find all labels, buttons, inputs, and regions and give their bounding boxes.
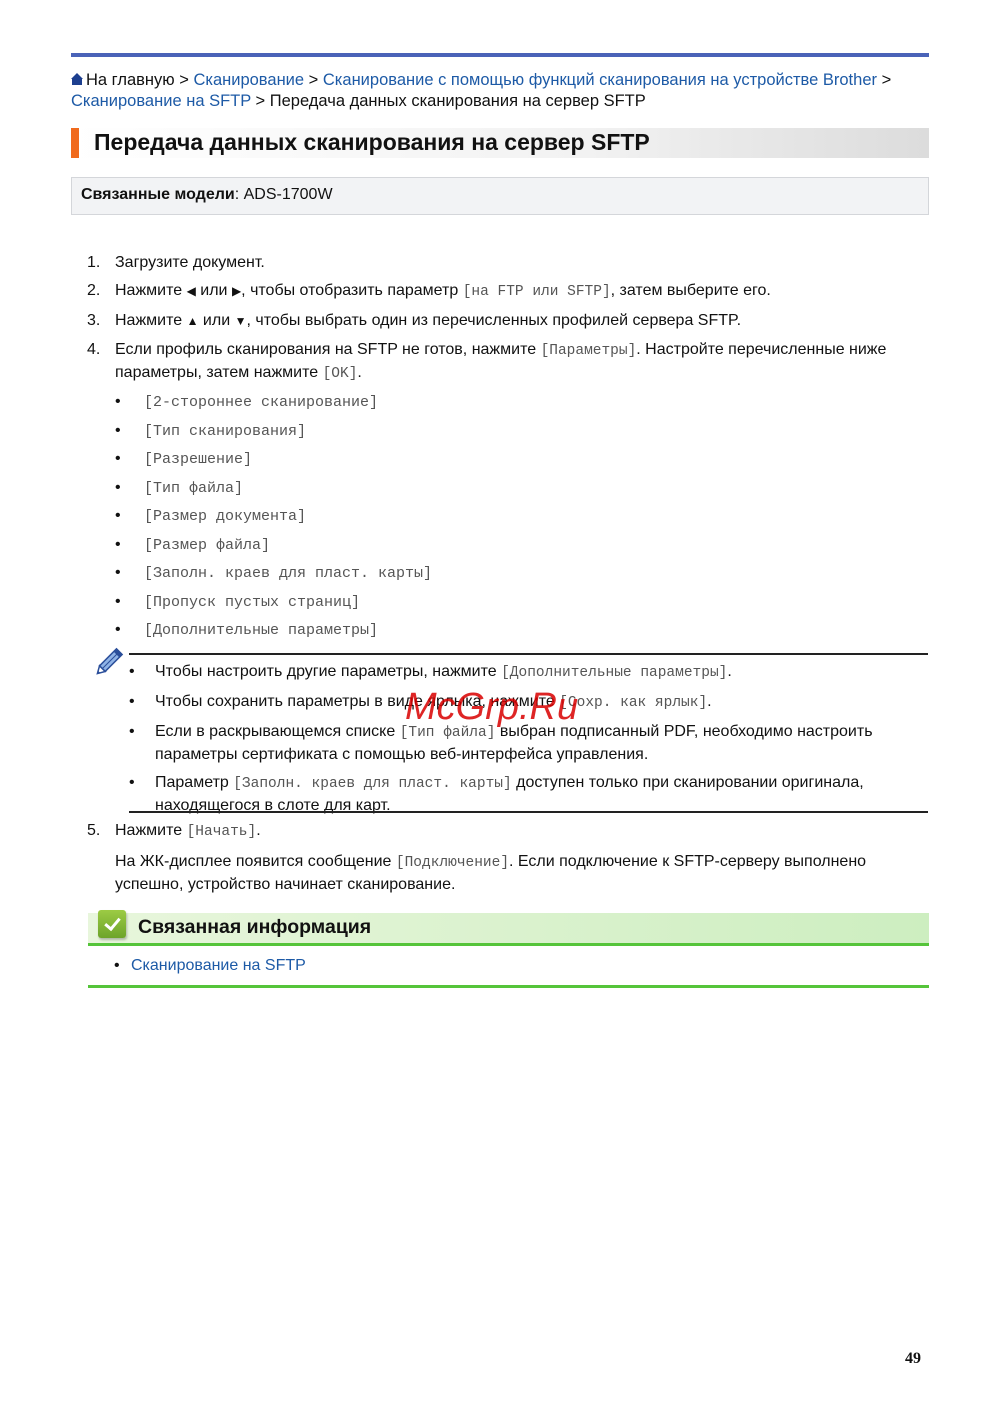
arrow-right-icon: ▶ xyxy=(232,284,241,298)
breadcrumb-current: Передача данных сканирования на сервер S… xyxy=(270,92,646,110)
setting-item: •[Разрешение] xyxy=(115,448,927,477)
bullet: • xyxy=(115,505,121,526)
step-text: Нажмите xyxy=(115,282,187,299)
step-2: 2. Нажмите ◀ или ▶, чтобы отобразить пар… xyxy=(87,280,927,303)
step-text: , чтобы отобразить параметр xyxy=(241,282,463,299)
step-4: 4. Если профиль сканирования на SFTP не … xyxy=(87,339,927,648)
note-bottom-rule xyxy=(129,811,928,813)
step-text: На ЖК-дисплее появится сообщение xyxy=(115,853,396,870)
lcd-option: [Тип файла] xyxy=(400,725,496,741)
note-text: . xyxy=(707,693,711,710)
lcd-option: [Начать] xyxy=(187,824,257,840)
step-text: , чтобы выбрать один из перечисленных пр… xyxy=(246,312,741,329)
note-item: •Если в раскрывающемся списке [Тип файла… xyxy=(129,721,929,765)
step-number: 4. xyxy=(87,339,100,360)
breadcrumb-scanning[interactable]: Сканирование xyxy=(193,71,304,89)
step-number: 3. xyxy=(87,310,100,331)
note-item: •Чтобы настроить другие параметры, нажми… xyxy=(129,661,929,684)
home-icon xyxy=(71,73,83,85)
bullet: • xyxy=(115,619,121,640)
lcd-option: [Сохр. как ярлык] xyxy=(559,695,707,711)
step-1: 1. Загрузите документ. xyxy=(87,252,927,273)
setting-label: [Дополнительные параметры] xyxy=(144,622,378,639)
top-rule xyxy=(71,53,929,57)
related-info-rule xyxy=(88,985,929,988)
bullet: • xyxy=(115,420,121,441)
lcd-option: [Дополнительные параметры] xyxy=(501,665,727,681)
note-text: Если в раскрывающемся списке xyxy=(155,723,400,740)
bullet: • xyxy=(129,772,135,793)
related-models-value: : ADS-1700W xyxy=(235,186,333,203)
step-number: 5. xyxy=(87,820,100,841)
step-number: 1. xyxy=(87,252,100,273)
page-number: 49 xyxy=(905,1350,921,1368)
setting-label: [Тип файла] xyxy=(144,480,243,497)
related-models: Связанные модели: ADS-1700W xyxy=(81,186,333,204)
bullet: • xyxy=(115,391,121,412)
bullet: • xyxy=(115,448,121,469)
note-box: •Чтобы настроить другие параметры, нажми… xyxy=(90,645,930,817)
step-text: Если профиль сканирования на SFTP не гот… xyxy=(115,341,541,358)
bullet: • xyxy=(129,691,135,712)
setting-item: •[Заполн. краев для пласт. карты] xyxy=(115,562,927,591)
step-5-line: 5. Нажмите [Начать]. xyxy=(87,820,927,843)
arrow-up-icon: ▲ xyxy=(187,314,199,328)
breadcrumb-scan-functions[interactable]: Сканирование с помощью функций сканирова… xyxy=(323,71,877,89)
setting-item: •[Тип сканирования] xyxy=(115,420,927,449)
step-text: . xyxy=(357,364,361,381)
setting-item: •[Дополнительные параметры] xyxy=(115,619,927,648)
bullet: • xyxy=(129,721,135,742)
lcd-option: [Заполн. краев для пласт. карты] xyxy=(233,776,511,792)
note-list: •Чтобы настроить другие параметры, нажми… xyxy=(129,661,929,823)
setting-item: •[Тип файла] xyxy=(115,477,927,506)
step-text: Нажмите xyxy=(115,312,187,329)
note-text: . xyxy=(727,663,731,680)
bullet: • xyxy=(114,955,120,976)
setting-label: [Заполн. краев для пласт. карты] xyxy=(144,565,432,582)
breadcrumb-separator: > xyxy=(175,71,194,89)
lcd-option: [на FTP или SFTP] xyxy=(463,284,611,300)
bullet: • xyxy=(115,591,121,612)
checkmark-icon xyxy=(98,910,126,938)
related-info-list: •Сканирование на SFTP xyxy=(114,955,306,976)
related-info-header: Связанная информация xyxy=(88,913,929,946)
setting-label: [Размер документа] xyxy=(144,508,306,525)
setting-item: •[Размер файла] xyxy=(115,534,927,563)
setting-label: [Пропуск пустых страниц] xyxy=(144,594,360,611)
breadcrumb: На главную > Сканирование > Сканирование… xyxy=(71,70,931,112)
page-title: Передача данных сканирования на сервер S… xyxy=(94,129,650,156)
note-item: •Чтобы сохранить параметры в виде ярлыка… xyxy=(129,691,929,714)
arrow-down-icon: ▼ xyxy=(235,314,247,328)
note-text: Параметр xyxy=(155,774,233,791)
note-text: Чтобы настроить другие параметры, нажмит… xyxy=(155,663,501,680)
note-item: •Параметр [Заполн. краев для пласт. карт… xyxy=(129,772,929,816)
pencil-icon xyxy=(90,645,126,681)
setting-label: [Размер файла] xyxy=(144,537,270,554)
step-text: или xyxy=(198,312,234,329)
related-models-label: Связанные модели xyxy=(81,186,235,203)
lcd-option: [OK] xyxy=(323,366,358,382)
step-5: 5. Нажмите [Начать]. На ЖК-дисплее появи… xyxy=(87,820,927,895)
breadcrumb-scan-to-sftp[interactable]: Сканирование на SFTP xyxy=(71,92,251,110)
step-text: Загрузите документ. xyxy=(115,254,265,271)
related-link-scan-to-sftp[interactable]: Сканирование на SFTP xyxy=(131,957,306,974)
setting-item: •[Размер документа] xyxy=(115,505,927,534)
breadcrumb-separator: > xyxy=(877,71,891,89)
settings-list: •[2-стороннее сканирование] •[Тип сканир… xyxy=(115,391,927,648)
lcd-option: [Параметры] xyxy=(541,343,637,359)
breadcrumb-separator: > xyxy=(304,71,323,89)
step-5-result: На ЖК-дисплее появится сообщение [Подклю… xyxy=(87,851,927,895)
setting-label: [Тип сканирования] xyxy=(144,423,306,440)
note-text: Чтобы сохранить параметры в виде ярлыка,… xyxy=(155,693,559,710)
bullet: • xyxy=(129,661,135,682)
note-top-rule xyxy=(129,653,928,655)
bullet: • xyxy=(115,562,121,583)
related-models-box: Связанные модели: ADS-1700W xyxy=(71,177,929,215)
setting-label: [2-стороннее сканирование] xyxy=(144,394,378,411)
setting-item: •[2-стороннее сканирование] xyxy=(115,391,927,420)
step-number: 2. xyxy=(87,280,100,301)
breadcrumb-home[interactable]: На главную xyxy=(86,71,175,89)
bullet: • xyxy=(115,534,121,555)
breadcrumb-separator: > xyxy=(251,92,270,110)
bullet: • xyxy=(115,477,121,498)
page-title-bar: Передача данных сканирования на сервер S… xyxy=(71,128,929,158)
setting-label: [Разрешение] xyxy=(144,451,252,468)
step-text: . xyxy=(256,822,260,839)
lcd-message: [Подключение] xyxy=(396,855,509,871)
related-info-title: Связанная информация xyxy=(138,916,371,939)
setting-item: •[Пропуск пустых страниц] xyxy=(115,591,927,620)
arrow-left-icon: ◀ xyxy=(187,284,196,298)
step-text: Нажмите xyxy=(115,822,187,839)
step-text: , затем выберите его. xyxy=(611,282,771,299)
steps-list: 1. Загрузите документ. 2. Нажмите ◀ или … xyxy=(87,252,927,655)
title-accent xyxy=(71,128,79,158)
step-text: или xyxy=(196,282,232,299)
step-3: 3. Нажмите ▲ или ▼, чтобы выбрать один и… xyxy=(87,310,927,332)
